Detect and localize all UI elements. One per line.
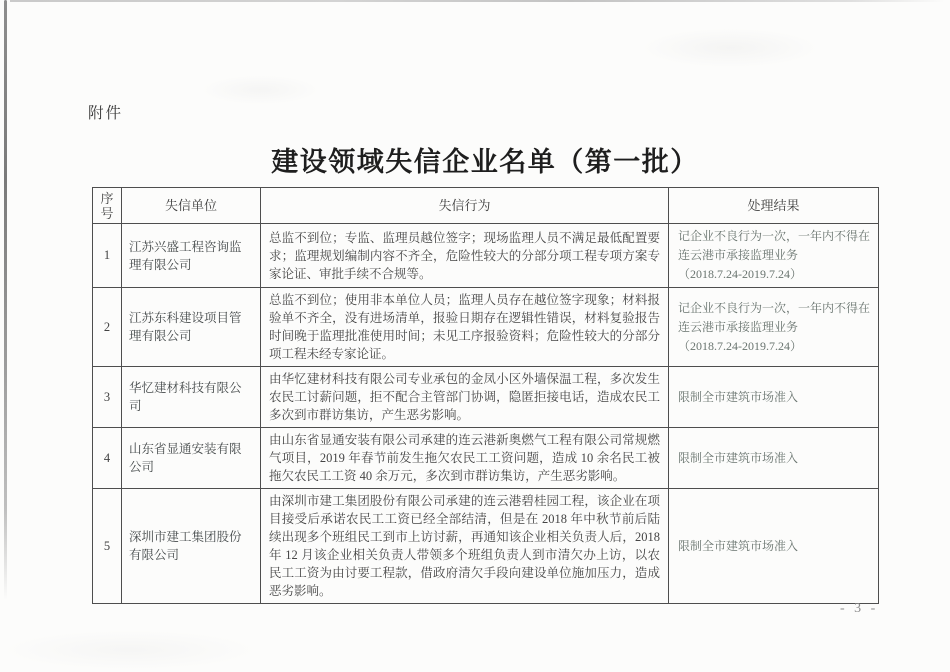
result-cell: 记企业不良行为一次，一年内不得在 连云港市承接监理业务 （2018.7.24-2… [669, 224, 879, 288]
scan-left-spine-artifact [4, 0, 7, 600]
header-serial-number: 序 号 [93, 188, 122, 224]
header-processing-result: 处理结果 [669, 188, 879, 224]
table-row: 4 山东省显通安装有限公司 由山东省显通安装有限公司承建的连云港新奥燃气工程有限… [93, 428, 879, 489]
serial-number-cell: 1 [93, 224, 122, 288]
unit-name-cell: 华忆建材科技有限公司 [122, 367, 261, 428]
unit-name-cell: 江苏东科建设项目管理有限公司 [122, 288, 261, 367]
scan-smudge [200, 75, 320, 105]
scan-smudge [640, 28, 820, 68]
header-dishonest-unit: 失信单位 [122, 188, 261, 224]
dishonest-enterprises-table: 序 号 失信单位 失信行为 处理结果 1 江苏兴盛工程咨询监理有限公司 总监不到… [92, 187, 879, 604]
behavior-cell: 总监不到位；专监、监理员越位签字；现场监理人员不满足最低配置要求；监理规划编制内… [261, 224, 669, 288]
serial-number-cell: 3 [93, 367, 122, 428]
result-cell: 限制全市建筑市场准入 [669, 428, 879, 489]
page-number: - 3 - [840, 601, 878, 617]
serial-number-cell: 4 [93, 428, 122, 489]
table-row: 5 深圳市建工集团股份有限公司 由深圳市建工集团股份有限公司承建的连云港碧桂园工… [93, 489, 879, 604]
scan-top-edge-artifact [10, 0, 945, 2]
result-cell: 限制全市建筑市场准入 [669, 489, 879, 604]
table-header-row: 序 号 失信单位 失信行为 处理结果 [93, 188, 879, 224]
serial-number-cell: 2 [93, 288, 122, 367]
behavior-cell: 由深圳市建工集团股份有限公司承建的连云港碧桂园工程，该企业在项目接受后承诺农民工… [261, 489, 669, 604]
behavior-cell: 由华忆建材科技有限公司专业承包的金凤小区外墙保温工程，多次发生农民工讨薪问题，拒… [261, 367, 669, 428]
behavior-cell: 总监不到位；使用非本单位人员；监理人员存在越位签字现象；材料报验单不齐全，没有进… [261, 288, 669, 367]
unit-name-cell: 深圳市建工集团股份有限公司 [122, 489, 261, 604]
page-title: 建设领域失信企业名单（第一批） [92, 140, 878, 179]
unit-name-cell: 山东省显通安装有限公司 [122, 428, 261, 489]
unit-name-cell: 江苏兴盛工程咨询监理有限公司 [122, 224, 261, 288]
scanned-document-page: 附件 建设领域失信企业名单（第一批） 序 号 失信单位 失信行为 处理结果 1 … [0, 0, 950, 672]
result-cell: 限制全市建筑市场准入 [669, 367, 879, 428]
serial-number-cell: 5 [93, 489, 122, 604]
table-row: 1 江苏兴盛工程咨询监理有限公司 总监不到位；专监、监理员越位签字；现场监理人员… [93, 224, 879, 288]
table-row: 3 华忆建材科技有限公司 由华忆建材科技有限公司专业承包的金凤小区外墙保温工程，… [93, 367, 879, 428]
header-dishonest-behavior: 失信行为 [261, 188, 669, 224]
behavior-cell: 由山东省显通安装有限公司承建的连云港新奥燃气工程有限公司常规燃气项目，2019 … [261, 428, 669, 489]
attachment-label: 附件 [88, 101, 123, 123]
table-row: 2 江苏东科建设项目管理有限公司 总监不到位；使用非本单位人员；监理人员存在越位… [93, 288, 879, 367]
scan-smudge [0, 630, 260, 670]
result-cell: 记企业不良行为一次，一年内不得在 连云港市承接监理业务 （2018.7.24-2… [669, 288, 879, 367]
